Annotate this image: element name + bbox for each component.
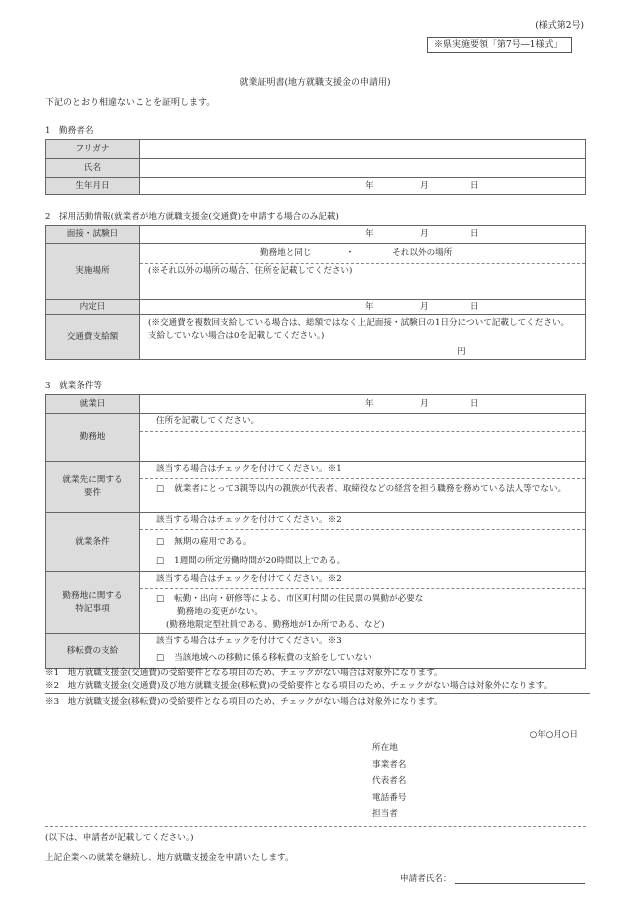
section3-heading: 3 就業条件等 — [45, 379, 102, 391]
phone-label: 電話番号 — [372, 790, 406, 807]
employer-requirement-label: 就業先に関する要件 — [46, 462, 140, 513]
month-unit: 月 — [420, 228, 470, 241]
workplace-field: 住所を記載してください。 — [140, 414, 586, 462]
year-unit: 年 — [365, 398, 420, 411]
workplace-label: 勤務地 — [46, 414, 140, 462]
transport-amount-label: 交通費支給額 — [46, 315, 140, 360]
venue-note: (※それ以外の場所の場合、住所を記載してください) — [148, 266, 352, 276]
offer-date-field[interactable]: 年月日 — [140, 300, 586, 315]
day-unit: 日 — [470, 228, 479, 241]
transport-note: (※交通費を複数回支給している場合は、総額ではなく上記面接・試験日の1日分につい… — [148, 317, 577, 343]
company-name-label: 事業者名 — [372, 757, 406, 774]
month-unit: 月 — [420, 180, 470, 193]
footnote-2: ※2 地方就職支援金(交通費)及び地方就職支援金(移転費)の受給要件となる項目の… — [45, 680, 590, 694]
applicant-statement: 上記企業への就業を継続し、地方就職支援金を申請いたします。 — [45, 851, 294, 863]
day-unit: 日 — [470, 180, 479, 193]
employer-check-item[interactable]: □就業者にとって3親等以内の親族が代表者、取締役などの経営を担う職務を務めている… — [140, 478, 585, 496]
applicant-name-field[interactable] — [455, 874, 585, 884]
special-instruction: 該当する場合はチェックを付けてください。※2 — [140, 572, 585, 588]
relocation-field: 該当する場合はチェックを付けてください。※3 □当該地域への移動に係る移転費の支… — [140, 634, 586, 669]
day-unit: 日 — [470, 301, 479, 314]
reference-box: ※県実施要領「第7号―1様式」 — [427, 37, 572, 53]
workplace-address-input[interactable] — [140, 431, 585, 461]
birthdate-field[interactable]: 年月日 — [140, 178, 586, 195]
year-unit: 年 — [365, 301, 420, 314]
venue-address-field[interactable]: (※それ以外の場所の場合、住所を記載してください) — [140, 263, 585, 299]
conditions-check-item-1[interactable]: □無期の雇用である。 — [156, 533, 577, 552]
month-unit: 月 — [420, 301, 470, 314]
furigana-field[interactable] — [140, 140, 586, 159]
work-conditions-label: 就業条件 — [46, 513, 140, 572]
venue-separator: ・ — [346, 247, 355, 260]
employer-requirement-text: 就業先に関する要件 — [61, 474, 125, 500]
offer-date-label: 内定日 — [46, 300, 140, 315]
special-notes-text: 勤務地に関する特記事項 — [61, 590, 125, 616]
relocation-check-item[interactable]: □当該地域への移動に係る移転費の支給をしていない — [140, 650, 585, 665]
special-notes-label: 勤務地に関する特記事項 — [46, 572, 140, 634]
employment-conditions-table: 就業日 年月日 勤務地 住所を記載してください。 就業先に関する要件 該当する場… — [45, 394, 586, 669]
interview-date-label: 面接・試験日 — [46, 226, 140, 244]
workplace-note: 住所を記載してください。 — [140, 414, 585, 431]
month-unit: 月 — [420, 398, 470, 411]
furigana-label: フリガナ — [46, 140, 140, 159]
section1-heading: 1 勤務者名 — [45, 124, 93, 136]
address-label: 所在地 — [372, 740, 406, 757]
special-check-item[interactable]: □転勤・出向・研修等による、市区町村間の住民票の異動が必要な 勤務地の変更がない… — [140, 588, 585, 632]
year-unit: 年 — [365, 180, 420, 193]
employer-requirement-field: 該当する場合はチェックを付けてください。※1 □就業者にとって3親等以内の親族が… — [140, 462, 586, 513]
start-date-label: 就業日 — [46, 395, 140, 414]
interview-date-field[interactable]: 年月日 — [140, 226, 586, 244]
contact-person-label: 担当者 — [372, 806, 406, 823]
relocation-label: 移転費の支給 — [46, 634, 140, 669]
relocation-instruction: 該当する場合はチェックを付けてください。※3 — [140, 634, 585, 650]
currency-unit: 円 — [148, 346, 577, 359]
certifier-fields: 所在地 事業者名 代表者名 電話番号 担当者 — [372, 740, 406, 823]
applicant-name-label: 申請者氏名： — [400, 872, 452, 884]
checkbox-icon[interactable]: □ — [156, 556, 164, 566]
name-label: 氏名 — [46, 159, 140, 178]
venue-label: 実施場所 — [46, 244, 140, 300]
worker-name-table: フリガナ 氏名 生年月日 年月日 — [45, 139, 586, 195]
special-notes-field: 該当する場合はチェックを付けてください。※2 □転勤・出向・研修等による、市区町… — [140, 572, 586, 634]
certification-date: ○年○月○日 — [530, 728, 578, 740]
recruitment-table: 面接・試験日 年月日 実施場所 勤務地と同じ ・ それ以外の場所 (※それ以外の… — [45, 225, 586, 360]
footnote-1: ※1 地方就職支援金(交通費)の受給要件となる項目のため、チェックがない場合は対… — [45, 667, 590, 680]
venue-option-same[interactable]: 勤務地と同じ — [260, 247, 312, 260]
employer-check-label: 就業者にとって3親等以内の親族が代表者、取締役などの経営を担う職務を務めている法… — [174, 484, 566, 494]
section2-heading: 2 採用活動情報(就業者が地方就職支援金(交通費)を申請する場合のみ記載) — [45, 210, 339, 222]
applicant-note: (以下は、申請者が記載してください。) — [45, 831, 194, 843]
special-check-note: (勤務地限定型社員である、勤務地が1か所である、など) — [156, 619, 577, 632]
conditions-check-label: 1週間の所定労働時間が20時間以上である。 — [174, 556, 345, 566]
venue-options: 勤務地と同じ ・ それ以外の場所 — [140, 244, 585, 263]
start-date-field[interactable]: 年月日 — [140, 395, 586, 414]
document-title: 就業証明書(地方就職支援金の申請用) — [0, 75, 630, 88]
day-unit: 日 — [470, 398, 479, 411]
year-unit: 年 — [365, 228, 420, 241]
relocation-check-label: 当該地域への移動に係る移転費の支給をしていない — [174, 653, 372, 663]
transport-amount-field[interactable]: (※交通費を複数回支給している場合は、総額ではなく上記面接・試験日の1日分につい… — [140, 315, 586, 360]
conditions-check-item-2[interactable]: □1週間の所定労働時間が20時間以上である。 — [156, 552, 577, 571]
checkbox-icon[interactable]: □ — [156, 484, 164, 494]
footnote-3: ※3 地方就職支援金(移転費)の受給要件となる項目のため、チェックがない場合は対… — [45, 696, 590, 709]
special-check-label-1: 転勤・出向・研修等による、市区町村間の住民票の異動が必要な — [174, 594, 423, 604]
intro-text: 下記のとおり相違ないことを証明します。 — [45, 95, 215, 108]
birthdate-label: 生年月日 — [46, 178, 140, 195]
footnotes: ※1 地方就職支援金(交通費)の受給要件となる項目のため、チェックがない場合は対… — [45, 667, 590, 709]
name-field[interactable] — [140, 159, 586, 178]
form-number: (様式第2号) — [535, 18, 584, 31]
checkbox-icon[interactable]: □ — [156, 594, 164, 604]
checkbox-icon[interactable]: □ — [156, 537, 164, 547]
cut-line-divider — [45, 826, 586, 827]
representative-label: 代表者名 — [372, 773, 406, 790]
venue-option-other[interactable]: それ以外の場所 — [392, 247, 452, 260]
venue-field: 勤務地と同じ ・ それ以外の場所 (※それ以外の場所の場合、住所を記載してくださ… — [140, 244, 586, 300]
work-conditions-field: 該当する場合はチェックを付けてください。※2 □無期の雇用である。 □1週間の所… — [140, 513, 586, 572]
applicant-signature: 申請者氏名： — [400, 872, 585, 884]
conditions-check-label: 無期の雇用である。 — [174, 537, 251, 547]
special-check-label-2: 勤務地の変更がない。 — [156, 606, 577, 619]
employer-instruction: 該当する場合はチェックを付けてください。※1 — [140, 462, 585, 478]
conditions-instruction: 該当する場合はチェックを付けてください。※2 — [140, 513, 585, 529]
checkbox-icon[interactable]: □ — [156, 653, 164, 663]
